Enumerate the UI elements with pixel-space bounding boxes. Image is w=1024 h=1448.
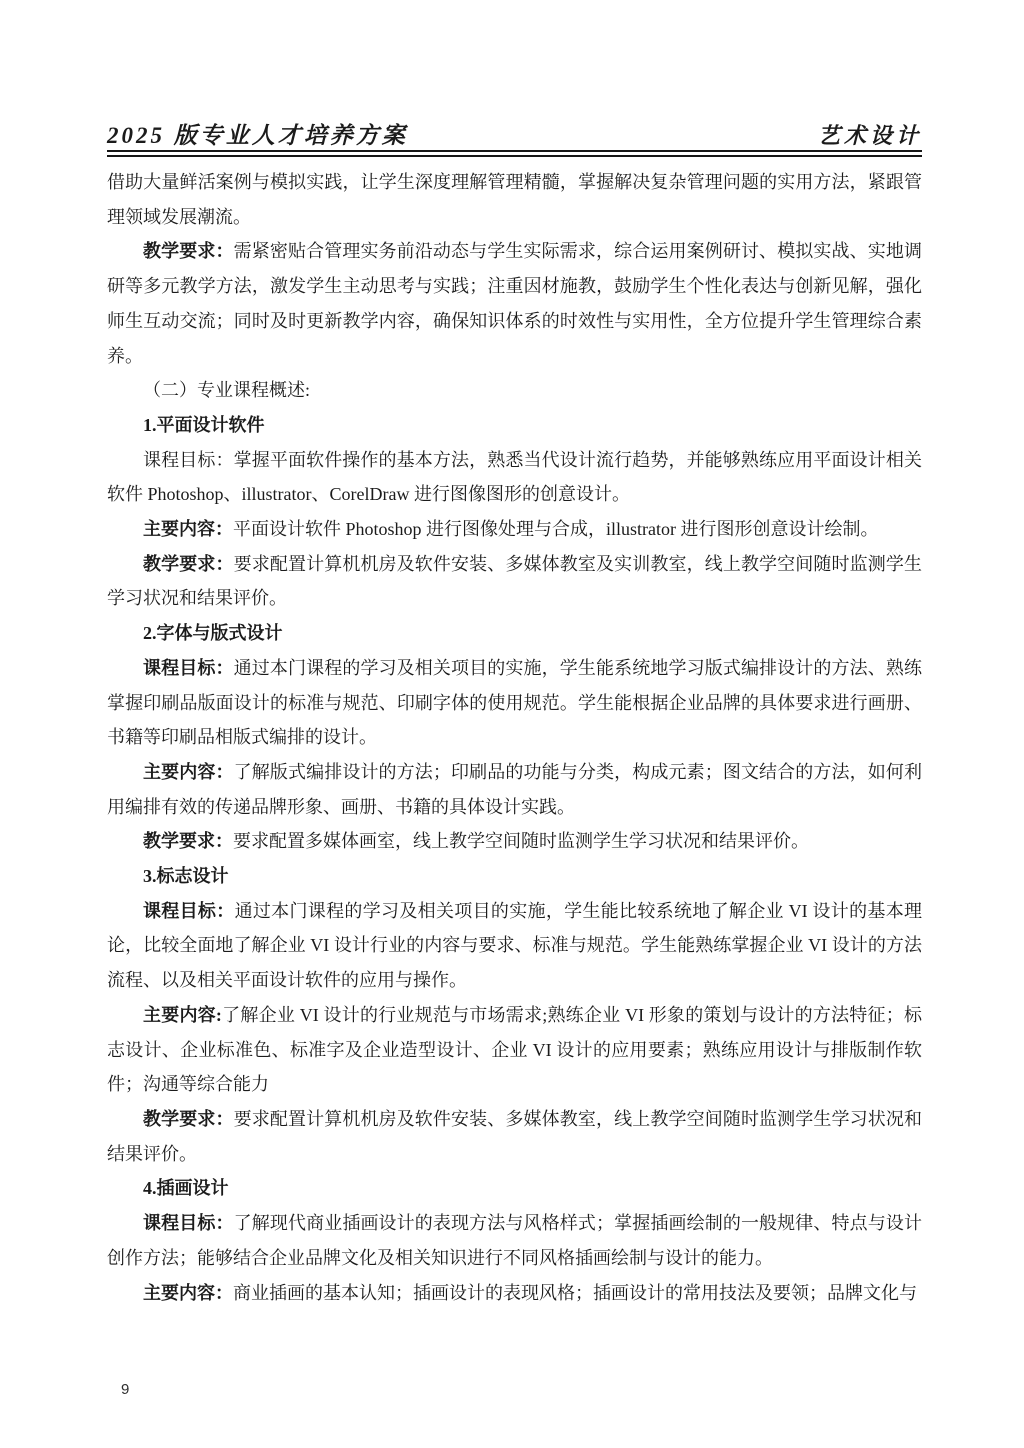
paragraph-label: 课程目标： [143,901,235,921]
paragraph: 课程目标：通过本门课程的学习及相关项目的实施，学生能系统地学习版式编排设计的方法… [107,651,922,755]
paragraph: 教学要求：要求配置计算机机房及软件安装、多媒体教室，线上教学空间随时监测学生学习… [107,1102,922,1171]
paragraph: 主要内容：商业插画的基本认知；插画设计的表现风格；插画设计的常用技法及要领；品牌… [107,1276,922,1311]
paragraph: 主要内容：平面设计软件 Photoshop 进行图像处理与合成，illustra… [107,512,922,547]
section-heading: 2.字体与版式设计 [107,616,922,651]
paragraph: （二）专业课程概述: [107,373,922,408]
paragraph-label: 教学要求： [143,1109,234,1129]
paragraph: 课程目标：掌握平面软件操作的基本方法，熟悉当代设计流行趋势，并能够熟练应用平面设… [107,443,922,512]
paragraph-label: 教学要求： [143,831,233,851]
paragraph-label: 课程目标： [143,1213,234,1233]
page-header: 2025 版专业人才培养方案 艺术设计 [107,118,922,150]
paragraph-label: 主要内容： [143,1283,233,1303]
document-body: 借助大量鲜活案例与模拟实践，让学生深度理解管理精髓，掌握解决复杂管理问题的实用方… [107,165,922,1310]
paragraph: 教学要求：要求配置计算机机房及软件安装、多媒体教室及实训教室，线上教学空间随时监… [107,547,922,616]
paragraph: 借助大量鲜活案例与模拟实践，让学生深度理解管理精髓，掌握解决复杂管理问题的实用方… [107,165,922,234]
header-left-text: 2025 版专业人才培养方案 [107,117,408,150]
paragraph-label: 主要内容： [143,519,233,539]
document-page: 2025 版专业人才培养方案 艺术设计 借助大量鲜活案例与模拟实践，让学生深度理… [0,0,1024,1448]
paragraph-label: 课程目标： [143,658,234,678]
paragraph-label: 主要内容： [143,762,234,782]
paragraph: 主要内容：了解版式编排设计的方法；印刷品的功能与分类，构成元素；图文结合的方法，… [107,755,922,824]
header-right-text: 艺术设计 [818,119,922,150]
paragraph-label: 教学要求： [143,554,234,574]
header-rule [107,150,922,157]
section-heading: 1.平面设计软件 [107,408,922,443]
paragraph-label: 教学要求： [143,241,234,261]
paragraph: 主要内容:了解企业 VI 设计的行业规范与市场需求;熟练企业 VI 形象的策划与… [107,998,922,1102]
paragraph: 教学要求：要求配置多媒体画室，线上教学空间随时监测学生学习状况和结果评价。 [107,824,922,859]
paragraph: 课程目标：通过本门课程的学习及相关项目的实施，学生能比较系统地了解企业 VI 设… [107,894,922,998]
section-heading: 4.插画设计 [107,1171,922,1206]
section-heading: 3.标志设计 [107,859,922,894]
paragraph: 教学要求：需紧密贴合管理实务前沿动态与学生实际需求，综合运用案例研讨、模拟实战、… [107,234,922,373]
page-number: 9 [121,1381,129,1398]
paragraph: 课程目标：了解现代商业插画设计的表现方法与风格样式；掌握插画绘制的一般规律、特点… [107,1206,922,1275]
paragraph-label: 主要内容: [143,1005,222,1025]
